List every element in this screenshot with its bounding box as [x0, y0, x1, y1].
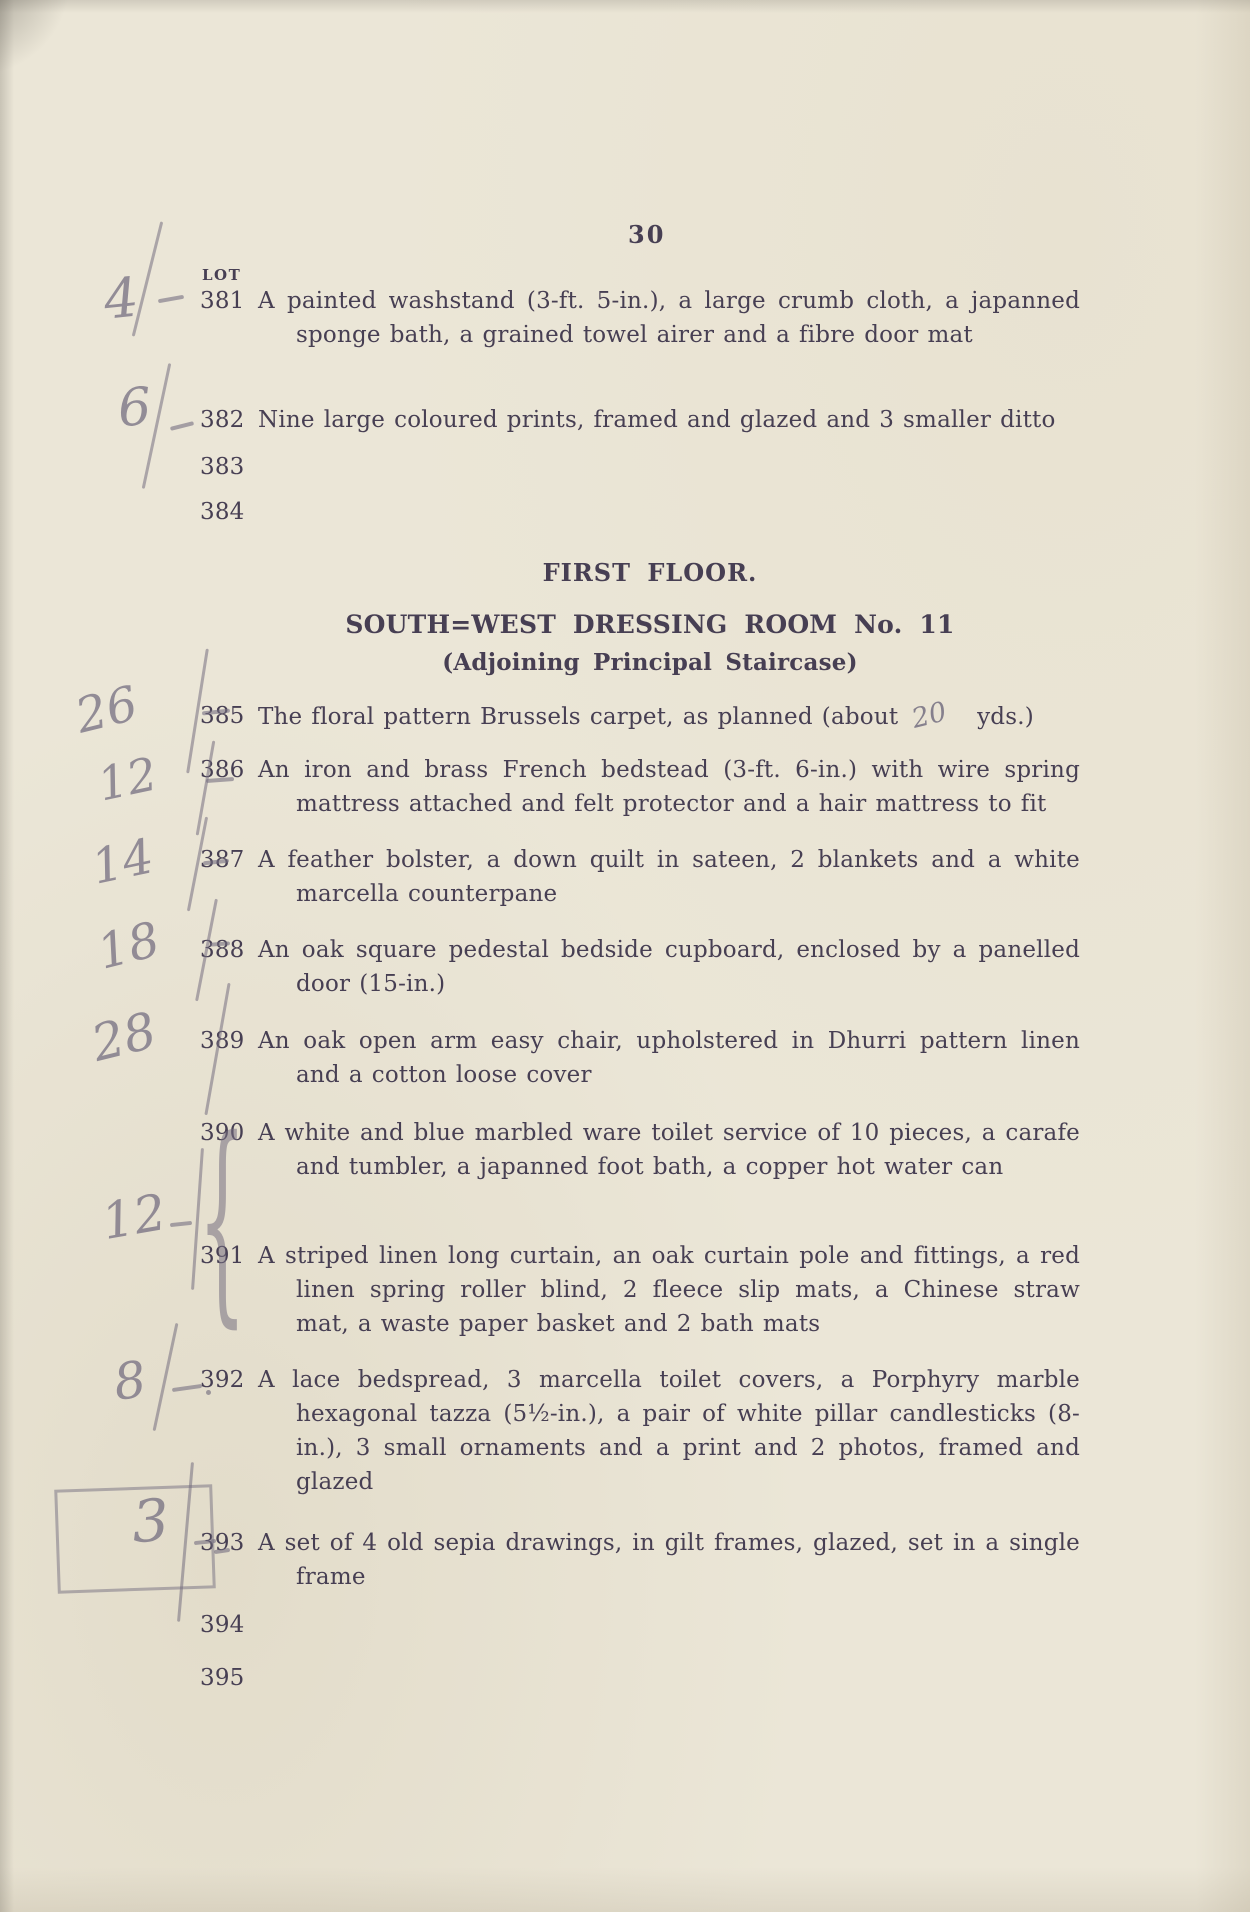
pencil-price-lot386: 12 — [94, 750, 161, 807]
lot-row: 388 An oak square pedestal bedside cupbo… — [200, 933, 1080, 1001]
pencil-price-lot393: 3 — [130, 1491, 171, 1551]
lot-text: Nine large coloured prints, framed and g… — [258, 403, 1080, 437]
pencil-price-lot385: 26 — [71, 679, 142, 740]
lot-text: A striped linen long curtain, an oak cur… — [258, 1239, 1080, 1341]
heading-floor: FIRST FLOOR. — [205, 556, 1095, 590]
lot-text — [258, 450, 1080, 484]
page-number: 30 — [628, 218, 665, 252]
lot-row: 382 Nine large coloured prints, framed a… — [200, 403, 1080, 437]
lot-number: 392 — [200, 1363, 258, 1499]
lot-row: 392 A lace bedspread, 3 marcella toilet … — [200, 1363, 1080, 1499]
lot-text — [258, 1608, 1080, 1642]
lot-row: 386 An iron and brass French bedstead (3… — [200, 753, 1080, 821]
lot-row: 393 A set of 4 old sepia drawings, in gi… — [200, 1526, 1080, 1594]
lot-number: 389 — [200, 1024, 258, 1092]
lot-row: 394 — [200, 1608, 1080, 1642]
lot-row: 389 An oak open arm easy chair, upholste… — [200, 1024, 1080, 1092]
lot-text — [258, 495, 1080, 529]
lot-row: 395 — [200, 1661, 1080, 1695]
lot-number: 394 — [200, 1608, 258, 1642]
lot-text-before: The floral pattern Brussels carpet, as p… — [258, 704, 898, 730]
pencil-dot — [206, 1390, 211, 1395]
lot-text: A white and blue marbled ware toilet ser… — [258, 1116, 1080, 1184]
pencil-price-lot387: 14 — [88, 832, 158, 892]
pencil-price-lot392: 8 — [111, 1354, 150, 1408]
lot-text: An oak open arm easy chair, upholstered … — [258, 1024, 1080, 1092]
lot-text: A feather bolster, a down quilt in satee… — [258, 843, 1080, 911]
lot-text: The floral pattern Brussels carpet, as p… — [258, 699, 1080, 734]
lot-row: 381 A painted washstand (3-ft. 5-in.), a… — [200, 284, 1080, 352]
lot-row: 390 A white and blue marbled ware toilet… — [200, 1116, 1080, 1184]
lot-number: 384 — [200, 495, 258, 529]
handwritten-yardage: 20 — [909, 695, 951, 736]
lot-row: 383 — [200, 450, 1080, 484]
lot-row: 391 A striped linen long curtain, an oak… — [200, 1239, 1080, 1341]
lot-text: An oak square pedestal bedside cupboard,… — [258, 933, 1080, 1001]
lot-row: 384 — [200, 495, 1080, 529]
lot-number: 385 — [200, 699, 258, 734]
lot-row: 387 A feather bolster, a down quilt in s… — [200, 843, 1080, 911]
lot-number: 382 — [200, 403, 258, 437]
lot-number: 387 — [200, 843, 258, 911]
pencil-price-lot389: 28 — [87, 1005, 161, 1069]
lot-text: A set of 4 old sepia drawings, in gilt f… — [258, 1526, 1080, 1594]
heading-room-sub: (Adjoining Principal Staircase) — [205, 646, 1095, 680]
lot-text: A lace bedspread, 3 marcella toilet cove… — [258, 1363, 1080, 1499]
lot-number: 383 — [200, 450, 258, 484]
pencil-price-lots390-391: 12 — [98, 1187, 170, 1247]
lot-number: 381 — [200, 284, 258, 352]
lot-text-after: yds.) — [977, 704, 1034, 730]
lot-text — [258, 1661, 1080, 1695]
heading-room: SOUTH=WEST DRESSING ROOM No. 11 — [205, 608, 1095, 642]
lot-number: 395 — [200, 1661, 258, 1695]
pencil-price-lot388: 18 — [93, 915, 164, 976]
pencil-price-lot382: 6 — [116, 381, 153, 435]
pencil-brace: { — [198, 1113, 247, 1332]
lot-text: An iron and brass French bedstead (3-ft.… — [258, 753, 1080, 821]
lot-text: A painted washstand (3-ft. 5-in.), a lar… — [258, 284, 1080, 352]
lot-row: 385 The floral pattern Brussels carpet, … — [200, 699, 1080, 734]
